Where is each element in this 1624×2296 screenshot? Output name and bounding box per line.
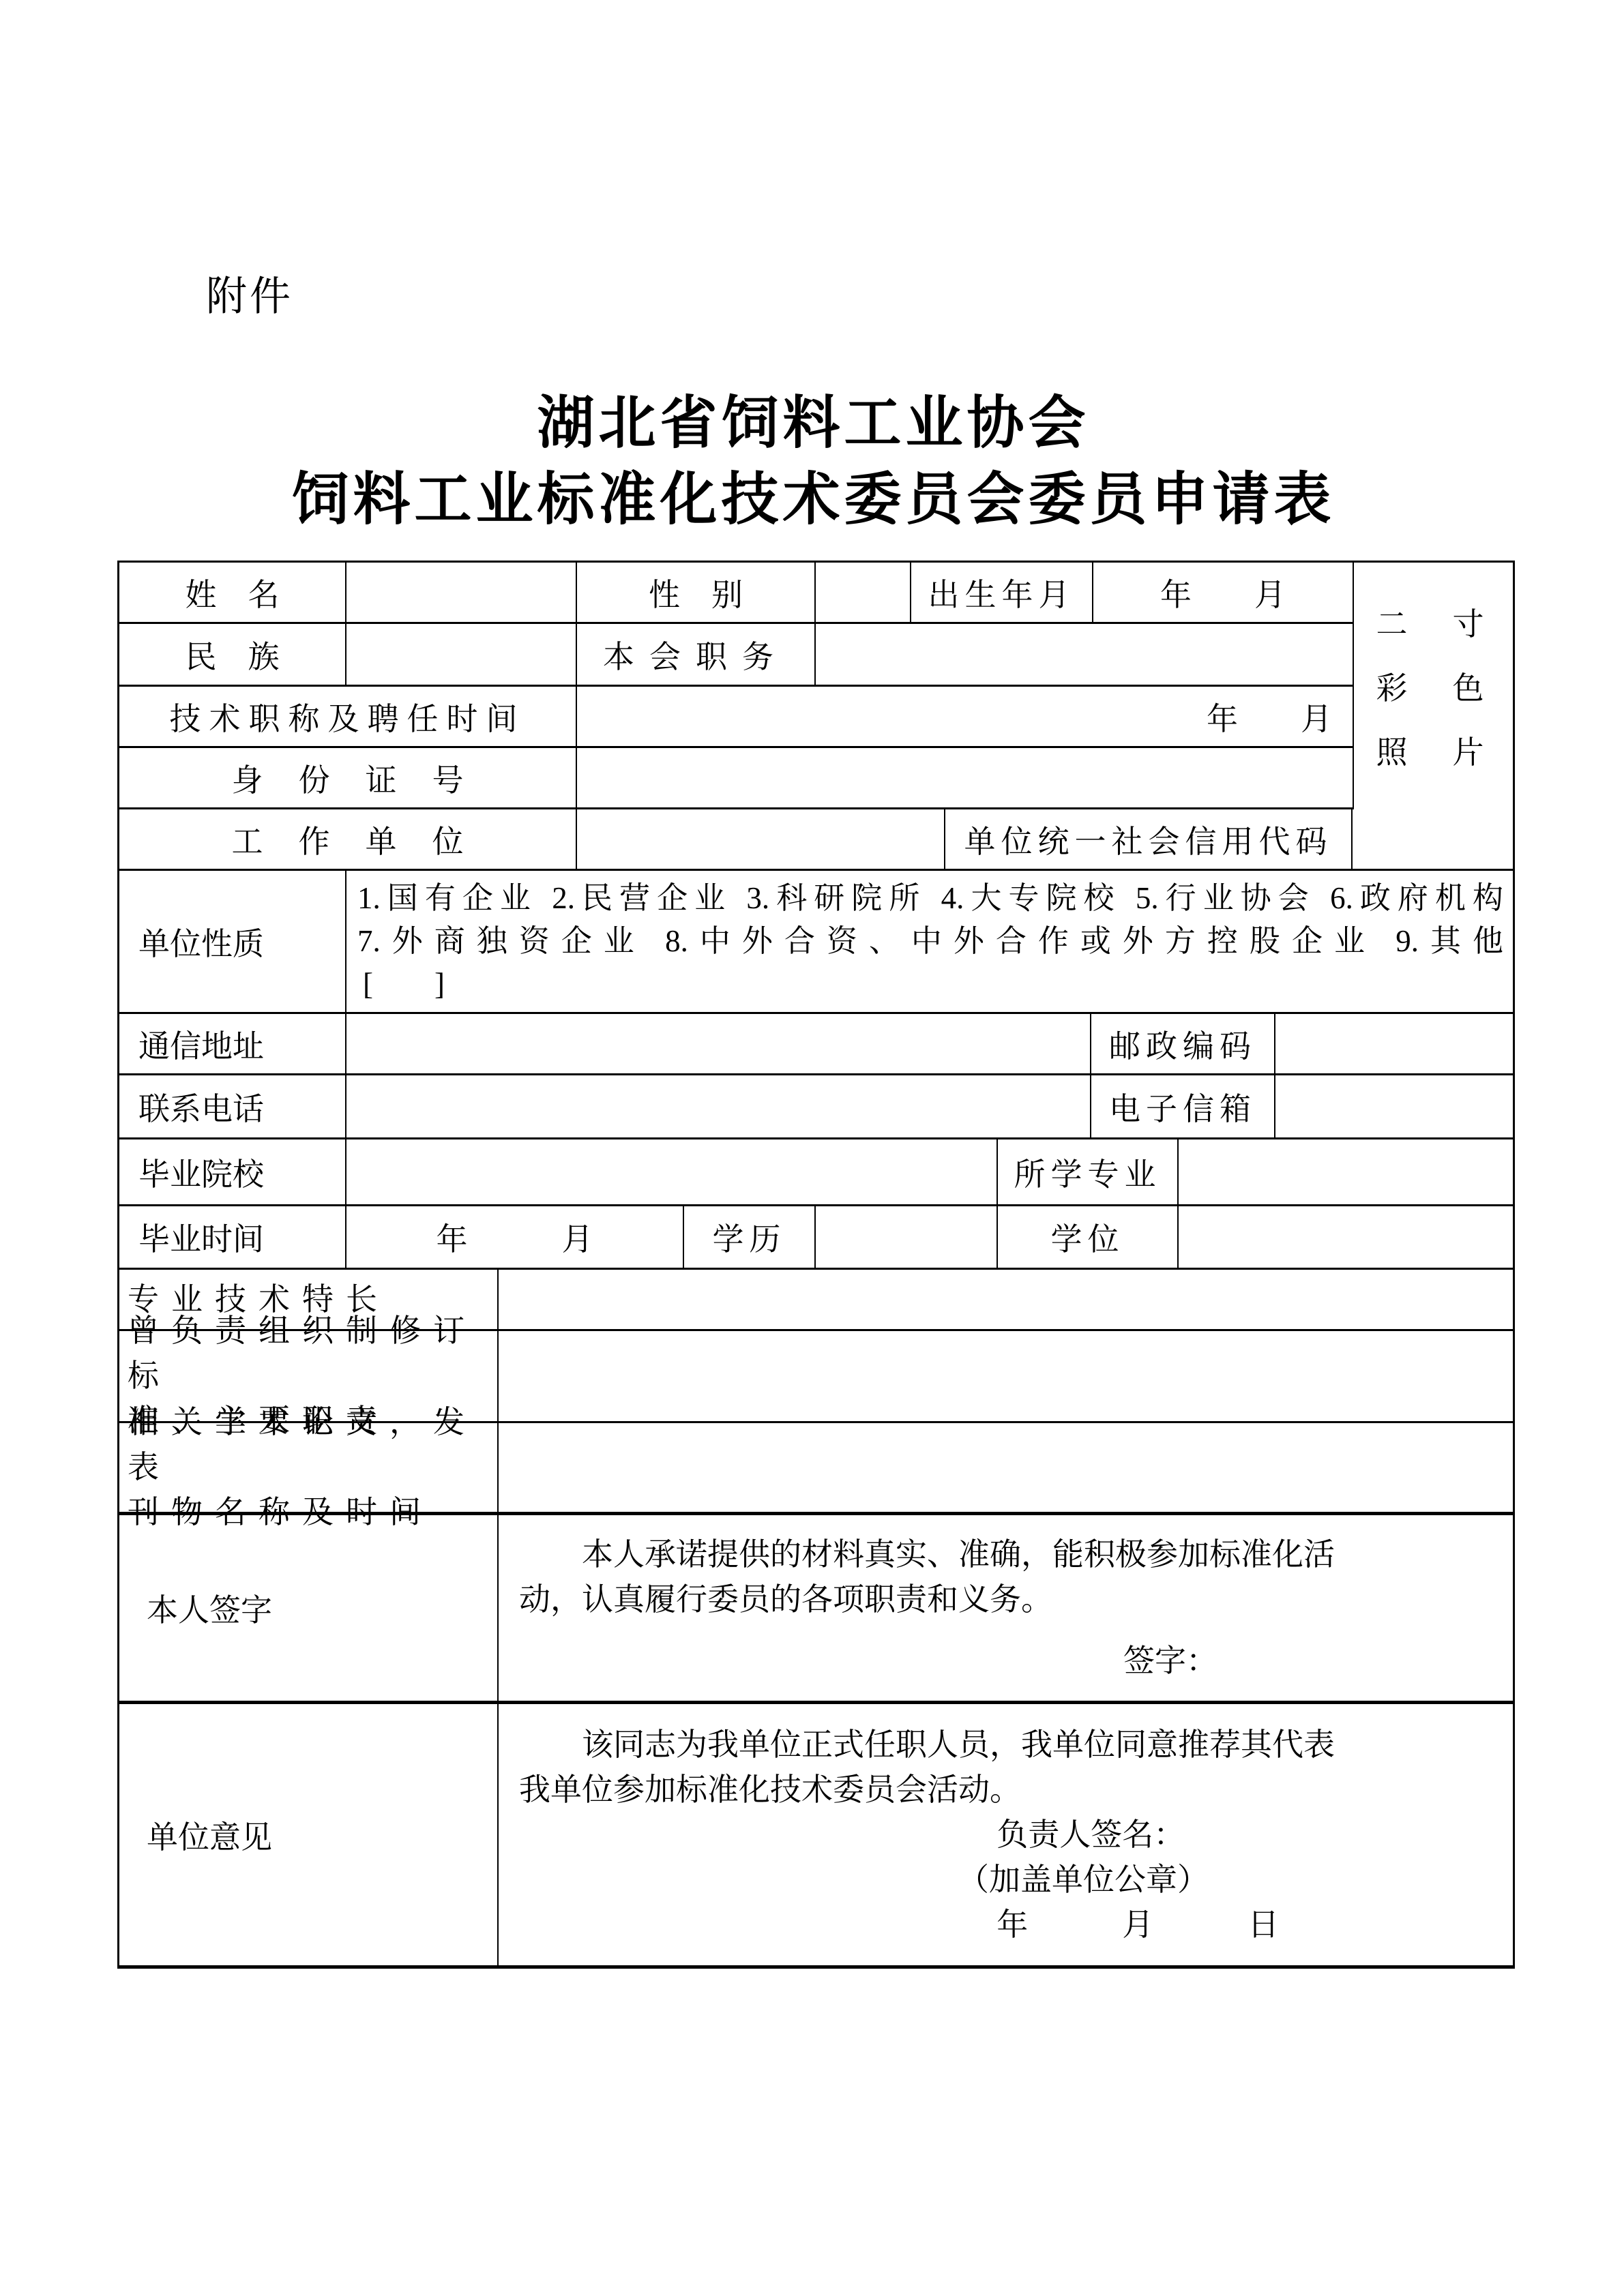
title-line-2: 饲料工业标准化技术委员会委员申请表 xyxy=(116,462,1511,539)
credit-code-input-cell[interactable] xyxy=(1353,809,1513,869)
row-work-unit: 工作单位 单位统一社会信用代码 xyxy=(119,809,1513,871)
unit-options-brackets[interactable]: [ ] xyxy=(357,963,1503,1006)
major-label: 所学专业 xyxy=(998,1139,1179,1204)
row-papers: 相关学术论文，发表 刊物名称及时间 xyxy=(119,1423,1513,1515)
edu-level-label: 学历 xyxy=(684,1206,816,1268)
postcode-label: 邮政编码 xyxy=(1091,1014,1275,1073)
row-unit-opinion: 单位意见 该同志为我单位正式任职人员，我单位同意推荐其代表 我单位参加标准化技术… xyxy=(119,1704,1513,1965)
assoc-post-label: 本会职务 xyxy=(577,624,816,685)
row-title-time: 技术职称及聘任时间 年 月 xyxy=(119,687,1513,748)
ethnicity-input-cell[interactable] xyxy=(346,624,577,685)
id-number-label: 身份证号 xyxy=(119,748,577,807)
gender-input-cell[interactable] xyxy=(816,563,911,622)
email-input-cell[interactable] xyxy=(1275,1075,1513,1137)
unit-opinion-label: 单位意见 xyxy=(119,1704,499,1965)
application-form-table: 二 寸 彩 色 照 片 姓 名 性 别 出生年月 年 月 民 族 本会职务 技术… xyxy=(117,561,1515,1969)
row-school: 毕业院校 所学专业 xyxy=(119,1139,1513,1206)
recommendation-cell: 该同志为我单位正式任职人员，我单位同意推荐其代表 我单位参加标准化技术委员会活动… xyxy=(499,1704,1513,1965)
opinion-date-placeholder[interactable]: 年 月 日 xyxy=(519,1903,1494,1948)
row-unit-nature: 单位性质 1.国有企业 2.民营企业 3.科研院所 4.大专院校 5.行业协会 … xyxy=(119,871,1513,1014)
name-input-cell[interactable] xyxy=(346,563,577,622)
assoc-post-input-cell[interactable] xyxy=(816,624,1353,685)
unit-seal-label: （加盖单位公章） xyxy=(519,1858,1494,1903)
gender-label: 性 别 xyxy=(577,563,816,622)
document-page: 附件 湖北省饲料工业协会 饲料工业标准化技术委员会委员申请表 二 寸 彩 色 照… xyxy=(0,0,1624,2296)
ethnicity-label: 民 族 xyxy=(119,624,346,685)
row-signature: 本人签字 本人承诺提供的材料真实、准确，能积极参加标准化活 动，认真履行委员的各… xyxy=(119,1515,1513,1704)
specialty-input-cell[interactable] xyxy=(499,1270,1513,1329)
postcode-input-cell[interactable] xyxy=(1275,1014,1513,1073)
work-unit-input-cell[interactable] xyxy=(577,809,945,869)
name-label: 姓 名 xyxy=(119,563,346,622)
title-time-input-cell[interactable]: 年 月 xyxy=(577,687,1353,746)
photo-text-line1: 二 寸 xyxy=(1376,599,1491,644)
row-ethnicity: 民 族 本会职务 xyxy=(119,624,1513,687)
title-line-1: 湖北省饲料工业协会 xyxy=(116,386,1511,462)
school-label: 毕业院校 xyxy=(119,1139,346,1204)
id-number-input-cell[interactable] xyxy=(577,748,1353,807)
credit-code-label: 单位统一社会信用代码 xyxy=(945,809,1353,869)
standards-duty-input-cell[interactable] xyxy=(499,1331,1513,1421)
row-address: 通信地址 邮政编码 xyxy=(119,1014,1513,1075)
email-label: 电子信箱 xyxy=(1091,1075,1275,1137)
degree-label: 学位 xyxy=(998,1206,1179,1268)
unit-nature-options-cell[interactable]: 1.国有企业 2.民营企业 3.科研院所 4.大专院校 5.行业协会 6.政府机… xyxy=(346,871,1513,1012)
birth-input-cell[interactable]: 年 月 xyxy=(1093,563,1353,622)
photo-placeholder-box: 二 寸 彩 色 照 片 xyxy=(1353,563,1513,809)
work-unit-label: 工作单位 xyxy=(119,809,577,869)
title-time-label: 技术职称及聘任时间 xyxy=(119,687,577,746)
address-input-cell[interactable] xyxy=(346,1014,1091,1073)
unit-nature-label: 单位性质 xyxy=(119,871,346,1012)
edu-level-input-cell[interactable] xyxy=(816,1206,998,1268)
row-graduation: 毕业时间 年 月 学历 学位 xyxy=(119,1206,1513,1270)
degree-input-cell[interactable] xyxy=(1179,1206,1513,1268)
commitment-cell: 本人承诺提供的材料真实、准确，能积极参加标准化活 动，认真履行委员的各项职责和义… xyxy=(499,1515,1513,1701)
papers-input-cell[interactable] xyxy=(499,1423,1513,1512)
phone-label: 联系电话 xyxy=(119,1075,346,1137)
row-name: 姓 名 性 别 出生年月 年 月 xyxy=(119,563,1513,624)
document-title: 湖北省饲料工业协会 饲料工业标准化技术委员会委员申请表 xyxy=(116,386,1511,539)
school-input-cell[interactable] xyxy=(346,1139,998,1204)
unit-options-line1: 1.国有企业 2.民营企业 3.科研院所 4.大专院校 5.行业协会 6.政府机… xyxy=(357,877,1503,920)
phone-input-cell[interactable] xyxy=(346,1075,1091,1137)
leader-sign-label[interactable]: 负责人签名： xyxy=(519,1813,1494,1858)
recommendation-text: 该同志为我单位正式任职人员，我单位同意推荐其代表 我单位参加标准化技术委员会活动… xyxy=(519,1723,1494,1813)
photo-text-line3: 照 片 xyxy=(1376,728,1491,773)
unit-options-line2: 7.外商独资企业 8.中外合资、中外合作或外方控股企业 9.其他 xyxy=(357,920,1503,963)
papers-label: 相关学术论文，发表 刊物名称及时间 xyxy=(119,1423,499,1512)
address-label: 通信地址 xyxy=(119,1014,346,1073)
row-id-number: 身份证号 xyxy=(119,748,1513,809)
grad-time-label: 毕业时间 xyxy=(119,1206,346,1268)
sign-here-label[interactable]: 签字： xyxy=(519,1639,1494,1684)
commitment-text: 本人承诺提供的材料真实、准确，能积极参加标准化活 动，认真履行委员的各项职责和义… xyxy=(519,1532,1494,1622)
signature-label: 本人签字 xyxy=(119,1515,499,1701)
photo-text-line2: 彩 色 xyxy=(1376,664,1491,709)
row-phone: 联系电话 电子信箱 xyxy=(119,1075,1513,1139)
attachment-label: 附件 xyxy=(206,274,293,319)
grad-time-input-cell[interactable]: 年 月 xyxy=(346,1206,684,1268)
birth-label: 出生年月 xyxy=(911,563,1093,622)
major-input-cell[interactable] xyxy=(1179,1139,1513,1204)
